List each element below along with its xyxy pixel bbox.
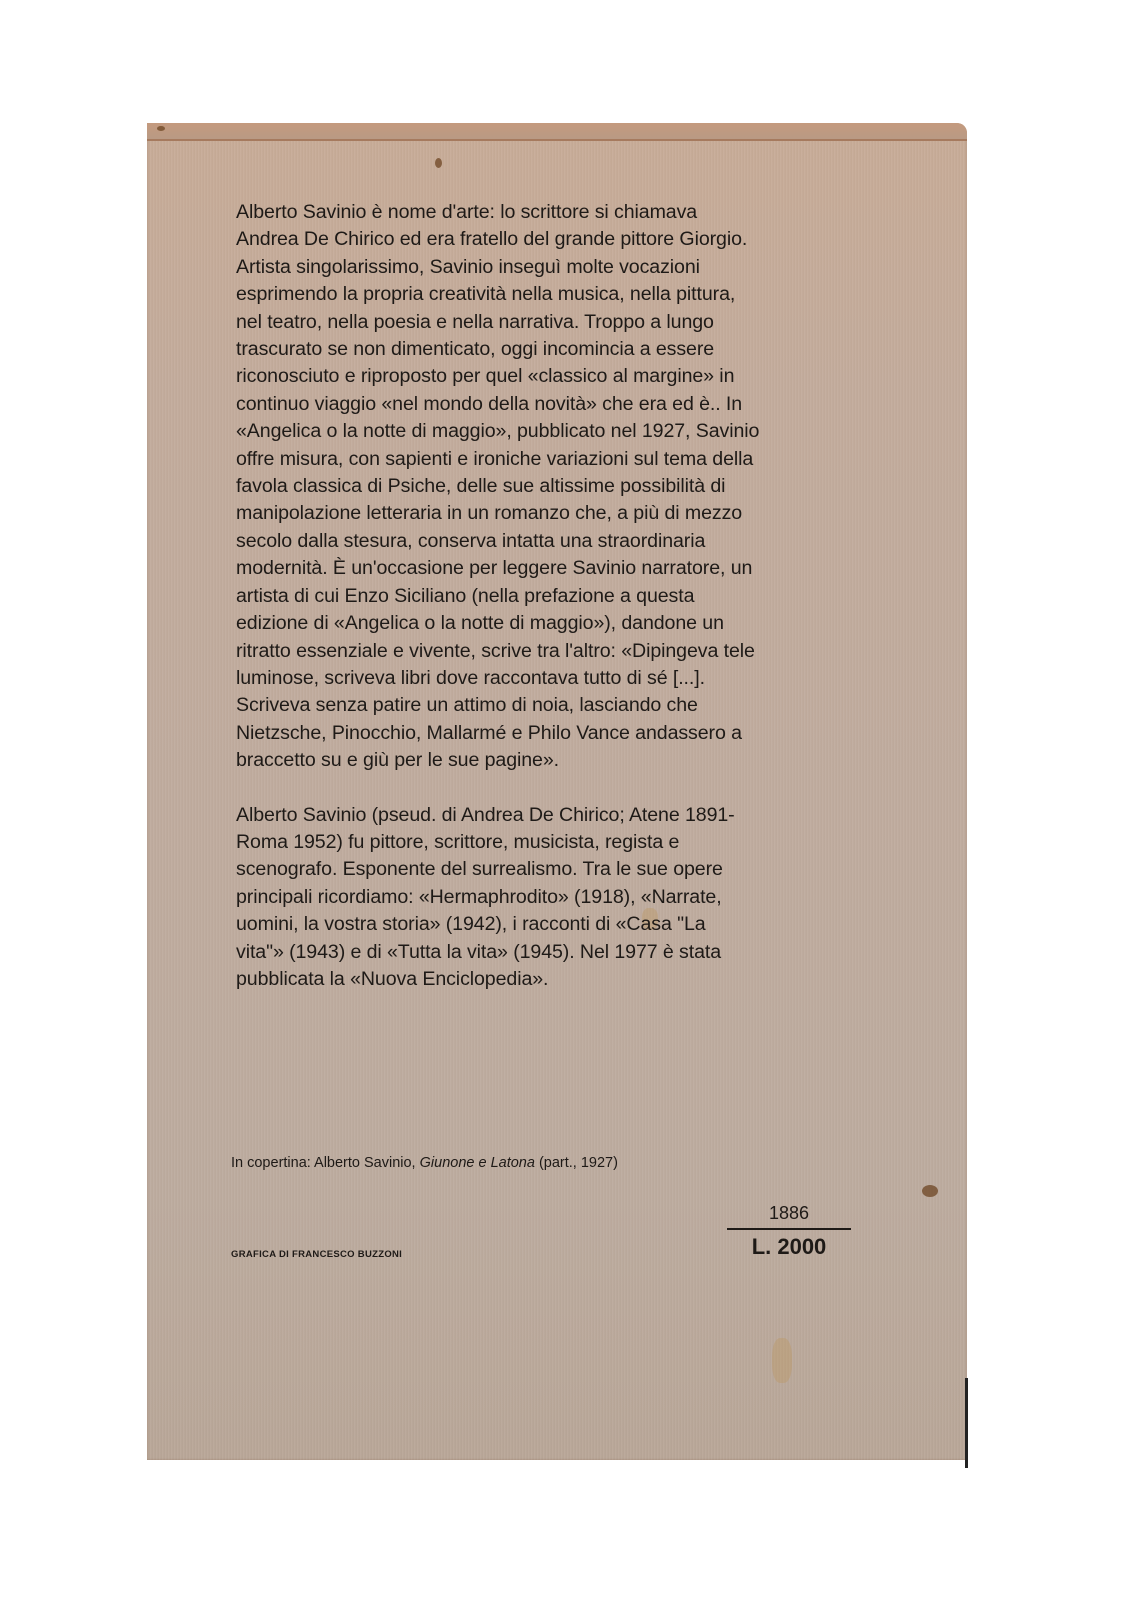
blurb: Alberto Savinio è nome d'arte: lo scritt… [236, 199, 886, 993]
blurb-paragraph-biography: Alberto Savinio (pseud. di Andrea De Chi… [236, 802, 886, 994]
cover-top-edge [147, 123, 967, 141]
blurb-paragraph-description: Alberto Savinio è nome d'arte: lo scritt… [236, 199, 886, 775]
caption-suffix: (part., 1927) [535, 1155, 618, 1171]
foxing-spot [157, 126, 165, 131]
stain [772, 1338, 792, 1383]
price-block: 1886 L. 2000 [727, 1201, 851, 1260]
caption-prefix: In copertina: Alberto Savinio, [231, 1155, 420, 1171]
cover-caption: In copertina: Alberto Savinio, Giunone e… [231, 1155, 618, 1171]
caption-artwork-title: Giunone e Latona [420, 1155, 535, 1171]
price: L. 2000 [727, 1234, 851, 1260]
cover-edge-shadow [965, 1378, 968, 1468]
foxing-spot [922, 1185, 938, 1197]
book-back-cover: Alberto Savinio è nome d'arte: lo scritt… [147, 123, 967, 1460]
foxing-spot [435, 158, 442, 168]
price-divider [727, 1228, 851, 1230]
catalog-number: 1886 [727, 1201, 851, 1225]
design-credit: GRAFICA DI FRANCESCO BUZZONI [231, 1249, 402, 1260]
